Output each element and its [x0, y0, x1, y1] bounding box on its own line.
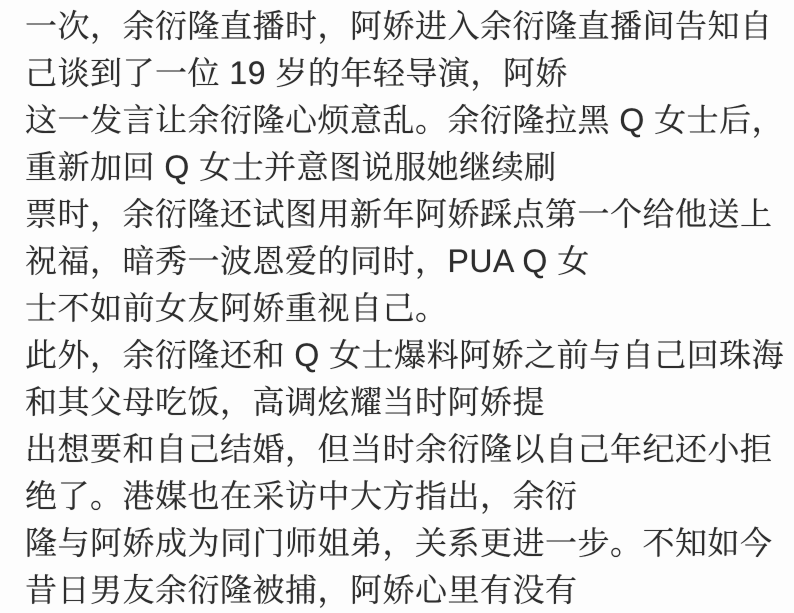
- text-line: 祝福，暗秀一波恩爱的同时，PUA Q 女: [25, 238, 794, 285]
- text-line: 和其父母吃饭，高调炫耀当时阿娇提: [25, 379, 794, 426]
- text-line: 这一发言让余衍隆心烦意乱。余衍隆拉黑 Q 女士后，: [25, 97, 794, 144]
- text-line: 昔日男友余衍隆被捕，阿娇心里有没有: [25, 567, 794, 613]
- text-line: 绝了。港媒也在采访中大方指出，余衍: [25, 473, 794, 520]
- text-line: 一次，余衍隆直播时，阿娇进入余衍隆直播间告知自: [25, 3, 794, 50]
- text-line: 票时，余衍隆还试图用新年阿娇踩点第一个给他送上: [25, 191, 794, 238]
- text-line: 出想要和自己结婚，但当时余衍隆以自己年纪还小拒: [25, 426, 794, 473]
- text-line: 此外，余衍隆还和 Q 女士爆料阿娇之前与自己回珠海: [25, 332, 794, 379]
- text-line: 士不如前女友阿娇重视自己。: [25, 285, 794, 332]
- text-line: 己谈到了一位 19 岁的年轻导演，阿娇: [25, 50, 794, 97]
- article-text-block: 一次，余衍隆直播时，阿娇进入余衍隆直播间告知自 己谈到了一位 19 岁的年轻导演…: [0, 0, 794, 613]
- text-line: 隆与阿娇成为同门师姐弟，关系更进一步。不知如今: [25, 520, 794, 567]
- text-line: 重新加回 Q 女士并意图说服她继续刷: [25, 144, 794, 191]
